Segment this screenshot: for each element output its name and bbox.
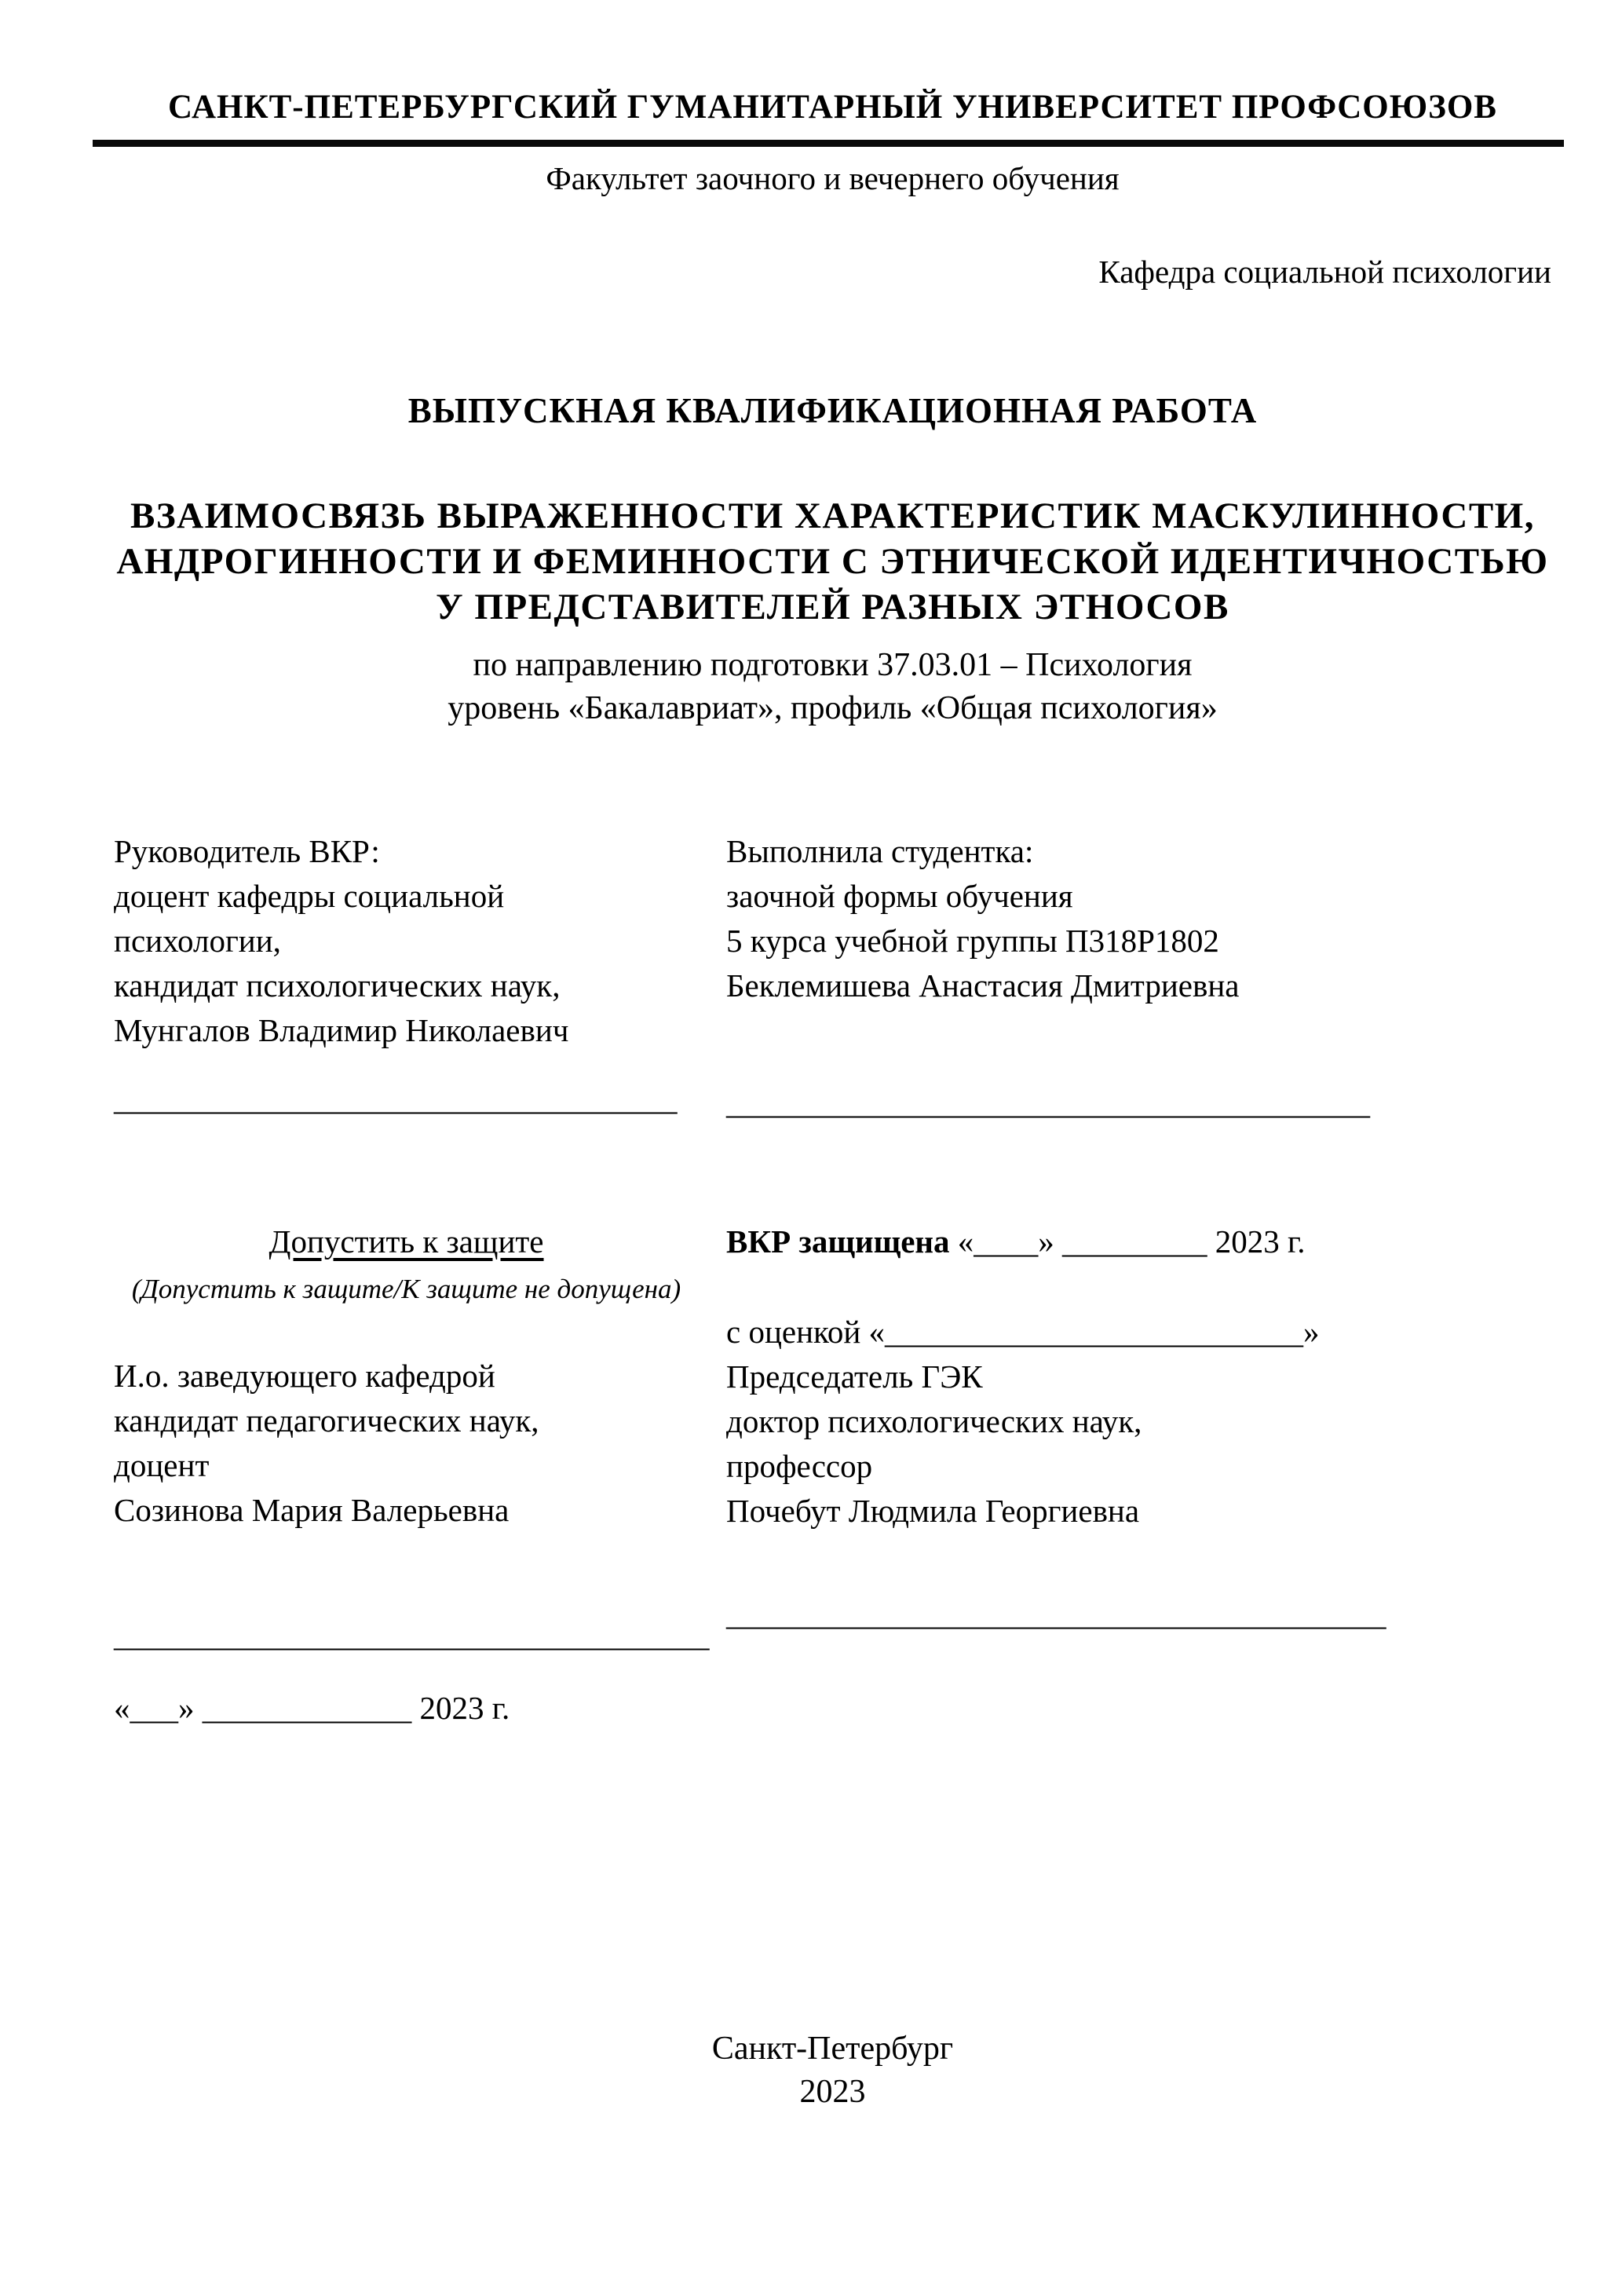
chair-degree-line: доктор психологических наук, — [726, 1399, 1551, 1444]
defense-signature-line: ________________________________________… — [726, 1592, 1551, 1636]
head-degree-line: кандидат педагогических наук, — [114, 1398, 699, 1443]
defense-date-blank: «____» _________ 2023 г. — [958, 1223, 1306, 1260]
university-name: САНКТ-ПЕТЕРБУРГСКИЙ ГУМАНИТАРНЫЙ УНИВЕРС… — [114, 88, 1551, 127]
defense-grade-line: с оценкой «__________________________» — [726, 1310, 1551, 1355]
student-block: Выполнила студентка: заочной формы обуче… — [726, 829, 1551, 1125]
admission-heading: Допустить к защите — [114, 1219, 699, 1264]
footer-block: Санкт-Петербург 2023 — [114, 2027, 1551, 2114]
admission-date-line: «___» _____________ 2023 г. — [114, 1686, 699, 1731]
footer-year: 2023 — [114, 2071, 1551, 2114]
thesis-title-line-1: ВЗАИМОСВЯЗЬ ВЫРАЖЕННОСТИ ХАРАКТЕРИСТИК М… — [114, 493, 1551, 539]
admission-block: Допустить к защите (Допустить к защите/К… — [114, 1219, 699, 1731]
program-block: по направлению подготовки 37.03.01 – Пси… — [114, 644, 1551, 730]
defense-date-line: ВКР защищена «____» _________ 2023 г. — [726, 1219, 1551, 1264]
student-role-line: Выполнила студентка: — [726, 829, 1551, 874]
department-name: Кафедра социальной психологии — [114, 250, 1551, 294]
supervisor-name: Мунгалов Владимир Николаевич — [114, 1008, 699, 1053]
faculty-name: Факультет заочного и вечернего обучения — [114, 156, 1551, 201]
supervisor-degree-line: кандидат психологических наук, — [114, 963, 699, 1008]
header-rule — [93, 140, 1564, 147]
footer-city: Санкт-Петербург — [114, 2027, 1551, 2071]
thesis-title-page: САНКТ-ПЕТЕРБУРГСКИЙ ГУМАНИТАРНЫЙ УНИВЕРС… — [0, 0, 1622, 2296]
admission-note: (Допустить к защите/К защите не допущена… — [114, 1270, 699, 1308]
head-of-department-block: И.о. заведующего кафедрой кандидат педаг… — [114, 1354, 699, 1533]
work-type-heading: ВЫПУСКНАЯ КВАЛИФИКАЦИОННАЯ РАБОТА — [114, 389, 1551, 433]
thesis-title-line-3: У ПРЕДСТАВИТЕЛЕЙ РАЗНЫХ ЭТНОСОВ — [114, 584, 1551, 630]
chair-name: Почебут Людмила Георгиевна — [726, 1489, 1551, 1534]
supervisor-role-line: Руководитель ВКР: — [114, 829, 699, 874]
defense-date-label: ВКР защищена — [726, 1223, 950, 1260]
head-name: Созинова Мария Валерьевна — [114, 1488, 699, 1533]
thesis-title-line-2: АНДРОГИННОСТИ И ФЕМИННОСТИ С ЭТНИЧЕСКОЙ … — [114, 539, 1551, 584]
people-row: Руководитель ВКР: доцент кафедры социаль… — [114, 829, 1551, 1125]
admission-heading-text: Допустить к защите — [269, 1223, 543, 1260]
supervisor-position-line: доцент кафедры социальной — [114, 874, 699, 919]
program-line: по направлению подготовки 37.03.01 – Пси… — [114, 644, 1551, 687]
approval-row: Допустить к защите (Допустить к защите/К… — [114, 1219, 1551, 1731]
student-signature-line: ________________________________________ — [726, 1080, 1551, 1125]
head-rank-line: доцент — [114, 1443, 699, 1488]
student-group-line: 5 курса учебной группы П318Р1802 — [726, 919, 1551, 963]
level-line: уровень «Бакалавриат», профиль «Общая пс… — [114, 687, 1551, 730]
chair-rank-line: профессор — [726, 1444, 1551, 1489]
thesis-title: ВЗАИМОСВЯЗЬ ВЫРАЖЕННОСТИ ХАРАКТЕРИСТИК М… — [114, 493, 1551, 630]
student-form-line: заочной формы обучения — [726, 874, 1551, 919]
admission-signature-line: _____________________________________ — [114, 1613, 699, 1658]
supervisor-block: Руководитель ВКР: доцент кафедры социаль… — [114, 829, 699, 1121]
student-name: Беклемишева Анастасия Дмитриевна — [726, 963, 1551, 1008]
supervisor-signature-line: ___________________________________ — [114, 1077, 699, 1121]
head-position-line: И.о. заведующего кафедрой — [114, 1354, 699, 1398]
defense-block: ВКР защищена «____» _________ 2023 г. с … — [726, 1219, 1551, 1636]
supervisor-position-line: психологии, — [114, 919, 699, 963]
chair-role-line: Председатель ГЭК — [726, 1355, 1551, 1399]
